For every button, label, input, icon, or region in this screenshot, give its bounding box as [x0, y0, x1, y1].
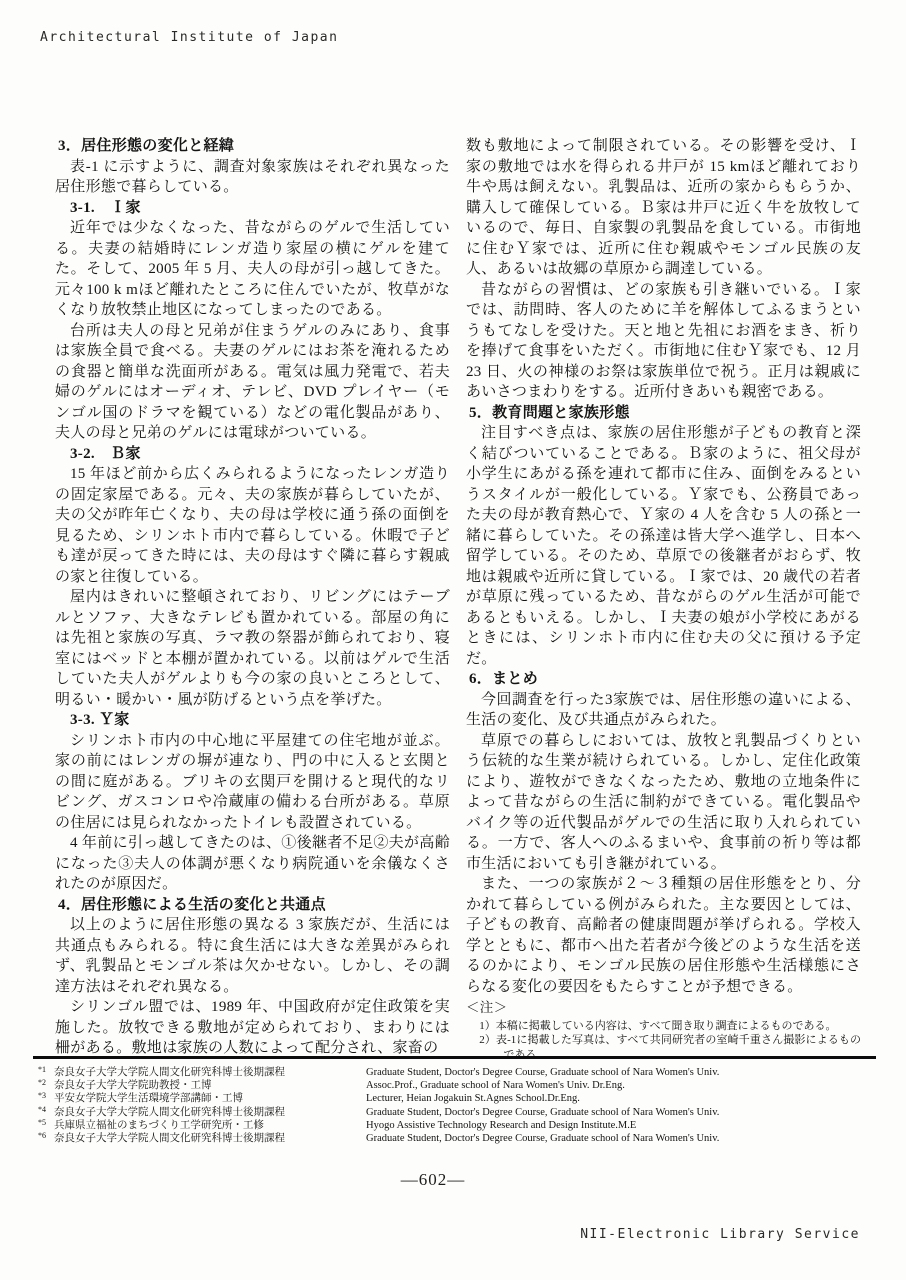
section-4-paragraph: 以上のように居住形態の異なる 3 家族だが、生活には共通点もみられる。特に食生活… — [55, 915, 450, 997]
section-4-paragraph: シリンゴル盟では、1989 年、中国政府が定住政策を実施した。放牧できる敷地が定… — [55, 997, 450, 1058]
affiliation-japanese: 奈良女子大学大学院人間文化研究科博士後期課程 — [54, 1106, 366, 1119]
section-3-2-heading: 3-2. Ｂ家 — [55, 444, 450, 465]
affiliation-english: Graduate Student, Doctor's Degree Course… — [366, 1132, 870, 1145]
affiliation-english: Hyogo Assistive Technology Research and … — [366, 1119, 870, 1132]
affiliation-japanese: 奈良女子大学大学院人間文化研究科博士後期課程 — [54, 1066, 366, 1079]
section-3-2-paragraph: 屋内はきれいに整頓されており、リビングにはテーブルとソファ、大きなテレビも置かれ… — [55, 587, 450, 710]
footnote-divider-rule — [33, 1056, 876, 1059]
section-6-paragraph: 今回調査を行った3家族では、居住形態の違いによる、生活の変化、及び共通点がみられ… — [466, 690, 861, 731]
section-3-1-heading: 3-1. Ｉ家 — [55, 198, 450, 219]
affiliation-english: Assoc.Prof., Graduate school of Nara Wom… — [366, 1079, 870, 1092]
affiliation-japanese: 奈良女子大学大学院人間文化研究科博士後期課程 — [54, 1132, 366, 1145]
affiliation-english: Graduate Student, Doctor's Degree Course… — [366, 1066, 870, 1079]
section-3-1-paragraph: 近年では少なくなった、昔ながらのゲルで生活している。夫妻の結婚時にレンガ造り家屋… — [55, 218, 450, 321]
footnote-marker: *6 — [38, 1129, 54, 1142]
affiliation-japanese: 奈良女子大学大学院助教授・工博 — [54, 1079, 366, 1092]
section-3-1-paragraph: 台所は夫人の母と兄弟が住まうゲルのみにあり、食事は家族全員で食べる。夫妻のゲルに… — [55, 321, 450, 444]
library-service-footer: NII-Electronic Library Service — [580, 1227, 860, 1242]
page-number: —602— — [0, 1170, 866, 1190]
section-4-paragraph: 昔ながらの習慣は、どの家族も引き継いでいる。Ｉ家では、訪問時、客人のために羊を解… — [466, 280, 861, 403]
affiliation-row: *3 平安女学院大学生活環境学部講師・工博 Lecturer, Heian Jo… — [38, 1092, 870, 1105]
affiliation-row: *2 奈良女子大学大学院助教授・工博 Assoc.Prof., Graduate… — [38, 1079, 870, 1092]
affiliation-row: *5 兵庫県立福祉のまちづくり工学研究所・工修 Hyogo Assistive … — [38, 1119, 870, 1132]
affiliation-english: Lecturer, Heian Jogakuin St.Agnes School… — [366, 1092, 870, 1105]
section-3-3-paragraph: シリンホト市内の中心地に平屋建ての住宅地が並ぶ。家の前にはレンガの塀が連なり、門… — [55, 731, 450, 834]
section-3-3-paragraph: 4 年前に引っ越してきたのは、①後継者不足②夫が高齢になった③夫人の体調が悪くな… — [55, 833, 450, 895]
section-4-heading: 4．居住形態による生活の変化と共通点 — [55, 895, 450, 916]
footnote-marker: *5 — [38, 1116, 54, 1129]
scanned-paper-page: Architectural Institute of Japan 3．居住形態の… — [0, 0, 906, 1280]
author-affiliations: *1 奈良女子大学大学院人間文化研究科博士後期課程 Graduate Stude… — [38, 1066, 870, 1145]
left-column: 3．居住形態の変化と経緯 表-1 に示すように、調査対象家族はそれぞれ異なった居… — [55, 136, 450, 1058]
footnote-marker: *4 — [38, 1103, 54, 1116]
publisher-header: Architectural Institute of Japan — [40, 30, 338, 45]
affiliation-japanese: 兵庫県立福祉のまちづくり工学研究所・工修 — [54, 1119, 366, 1132]
affiliation-japanese: 平安女学院大学生活環境学部講師・工博 — [54, 1092, 366, 1105]
footnote-marker: *1 — [38, 1063, 54, 1076]
section-6-paragraph: また、一つの家族が２～３種類の居住形態をとり、分かれて暮らしている例がみられた。… — [466, 874, 861, 997]
footnote-marker: *2 — [38, 1076, 54, 1089]
two-column-body: 3．居住形態の変化と経緯 表-1 に示すように、調査対象家族はそれぞれ異なった居… — [55, 136, 861, 1058]
affiliation-english: Graduate Student, Doctor's Degree Course… — [366, 1106, 870, 1119]
section-3-intro: 表-1 に示すように、調査対象家族はそれぞれ異なった居住形態で暮らしている。 — [55, 157, 450, 198]
footnote-marker: *3 — [38, 1089, 54, 1102]
affiliation-row: *4 奈良女子大学大学院人間文化研究科博士後期課程 Graduate Stude… — [38, 1106, 870, 1119]
section-4-paragraph-continuation: 数も敷地によって制限されている。その影響を受け、Ｉ家の敷地では水を得られる井戸が… — [466, 136, 861, 280]
note-item: 1）本稿に掲載している内容は、すべて聞き取り調査によるものである。 — [466, 1019, 861, 1034]
right-column: 数も敷地によって制限されている。その影響を受け、Ｉ家の敷地では水を得られる井戸が… — [466, 136, 861, 1058]
section-6-heading: 6．まとめ — [466, 669, 861, 690]
notes-heading: ＜注＞ — [466, 998, 861, 1019]
section-3-heading: 3．居住形態の変化と経緯 — [55, 136, 450, 157]
section-3-3-heading: 3-3. Ｙ家 — [55, 710, 450, 731]
section-6-paragraph: 草原での暮らしにおいては、放牧と乳製品づくりという伝統的な生業が続けられている。… — [466, 731, 861, 875]
affiliation-row: *6 奈良女子大学大学院人間文化研究科博士後期課程 Graduate Stude… — [38, 1132, 870, 1145]
affiliation-row: *1 奈良女子大学大学院人間文化研究科博士後期課程 Graduate Stude… — [38, 1066, 870, 1079]
section-5-heading: 5．教育問題と家族形態 — [466, 403, 861, 424]
section-3-2-paragraph: 15 年ほど前から広くみられるようになったレンガ造りの固定家屋である。元々、夫の… — [55, 464, 450, 587]
section-5-paragraph: 注目すべき点は、家族の居住形態が子どもの教育と深く結びついていることである。Ｂ家… — [466, 423, 861, 669]
note-item: 2）表-1に掲載した写真は、すべて共同研究者の室崎千重さん撮影によるものである。 — [466, 1033, 861, 1058]
